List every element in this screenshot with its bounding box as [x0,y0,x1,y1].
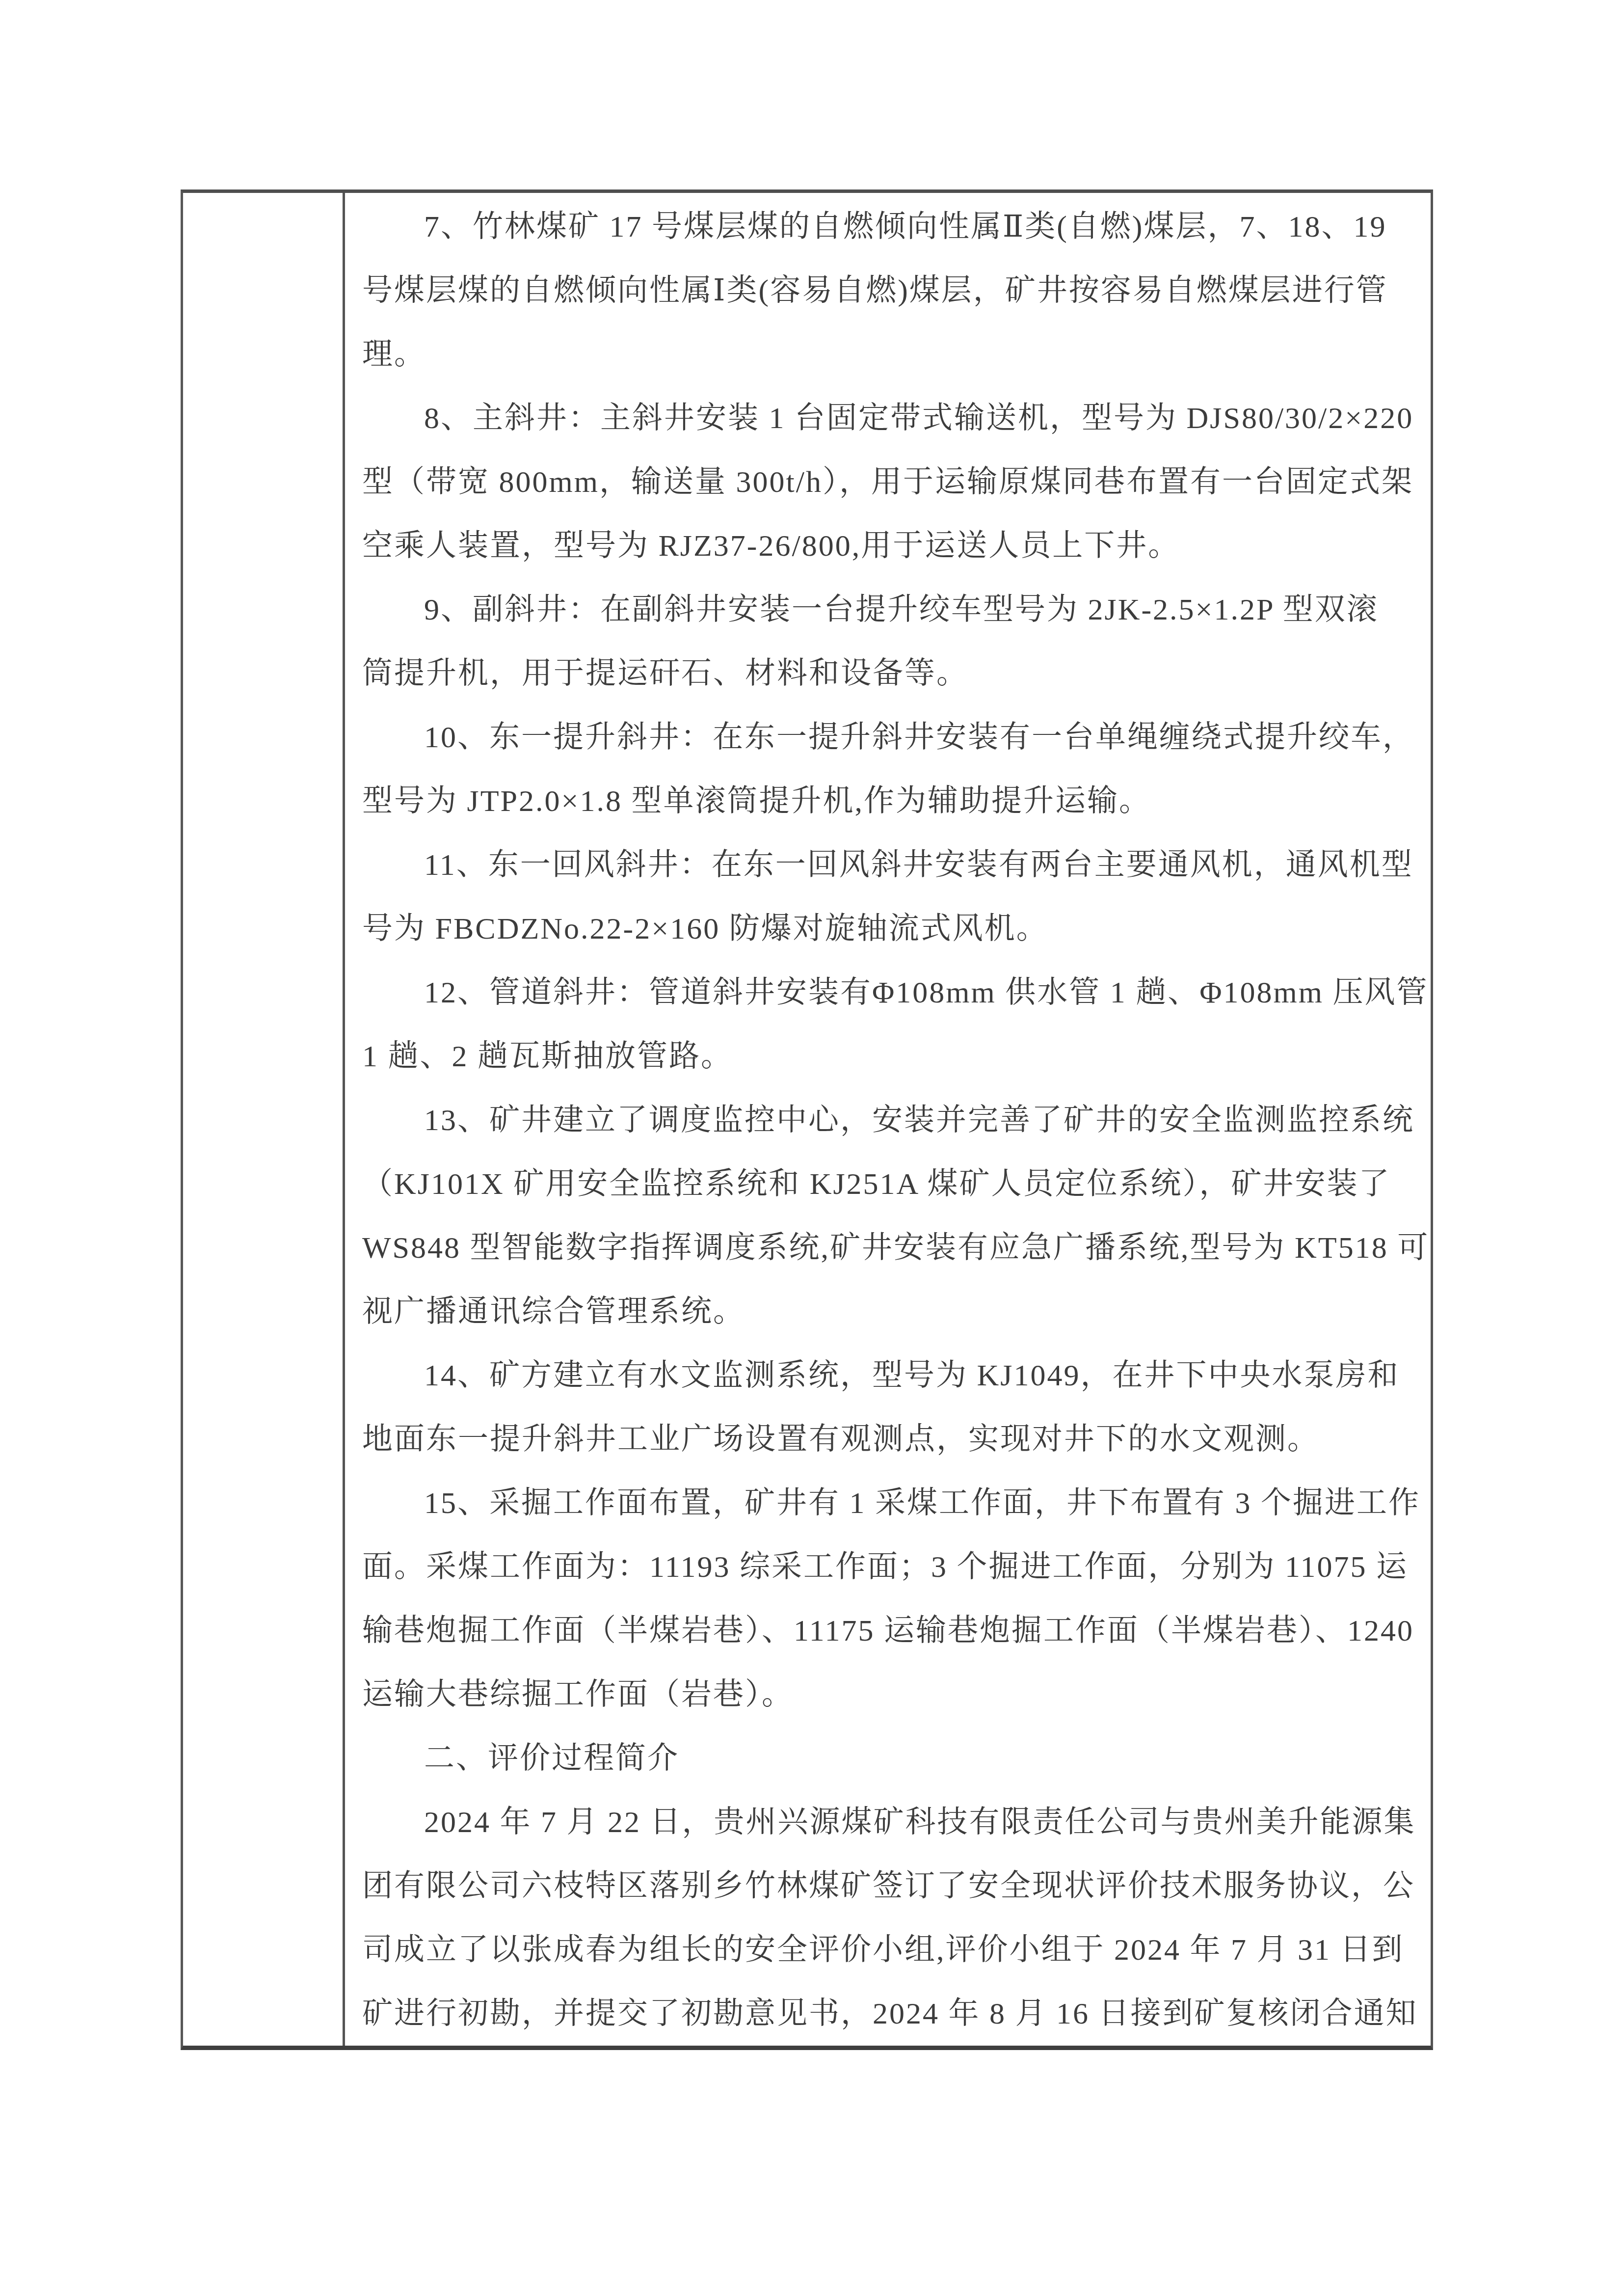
text-line: 14、矿方建立有水文监测系统，型号为 KJ1049，在井下中央水泵房和 [362,1344,1418,1407]
text-line: 视广播通讯综合管理系统。 [362,1280,1418,1344]
text-line: 10、东一提升斜井：在东一提升斜井安装有一台单绳缠绕式提升绞车， [362,705,1418,769]
text-line: 型号为 JTP2.0×1.8 型单滚筒提升机,作为辅助提升运输。 [362,769,1418,833]
text-line: 筒提升机，用于提运矸石、材料和设备等。 [362,642,1418,705]
text-line: 团有限公司六枝特区落别乡竹林煤矿签订了安全现状评价技术服务协议，公 [362,1854,1418,1918]
text-line: WS848 型智能数字指挥调度系统,矿井安装有应急广播系统,型号为 KT518 … [362,1216,1418,1280]
text-line: 15、采掘工作面布置，矿井有 1 采煤工作面，井下布置有 3 个掘进工作 [362,1471,1418,1535]
text-line: 12、管道斜井：管道斜井安装有Φ108mm 供水管 1 趟、Φ108mm 压风管 [362,961,1418,1025]
text-line: 1 趟、2 趟瓦斯抽放管路。 [362,1025,1418,1088]
table-content-cell: 7、竹林煤矿 17 号煤层煤的自燃倾向性属Ⅱ类(自燃)煤层，7、18、19 号煤… [347,193,1431,2046]
scanned-document-page: { "style": { "background": "#ffffff", "t… [0,0,1623,2296]
text-line: 11、东一回风斜井：在东一回风斜井安装有两台主要通风机，通风机型 [362,833,1418,897]
text-line: 理。 [362,323,1418,386]
text-line: 2024 年 7 月 22 日，贵州兴源煤矿科技有限责任公司与贵州美升能源集 [362,1790,1418,1854]
text-line: 13、矿井建立了调度监控中心，安装并完善了矿井的安全监测监控系统 [362,1088,1418,1152]
text-line: 9、副斜井：在副斜井安装一台提升绞车型号为 2JK-2.5×1.2P 型双滚 [362,578,1418,642]
section-heading: 二、评价过程简介 [362,1727,1418,1790]
text-line: 8、主斜井：主斜井安装 1 台固定带式输送机，型号为 DJS80/30/2×22… [362,386,1418,450]
text-line: 司成立了以张成春为组长的安全评价小组,评价小组于 2024 年 7 月 31 日… [362,1918,1418,1982]
text-line: 地面东一提升斜井工业广场设置有观测点，实现对井下的水文观测。 [362,1407,1418,1471]
text-line: 输巷炮掘工作面（半煤岩巷）、11175 运输巷炮掘工作面（半煤岩巷）、1240 [362,1599,1418,1663]
text-line: 号为 FBCDZNo.22-2×160 防爆对旋轴流式风机。 [362,897,1418,961]
table-left-column-cell [183,193,345,2046]
document-table: 7、竹林煤矿 17 号煤层煤的自燃倾向性属Ⅱ类(自燃)煤层，7、18、19 号煤… [181,189,1433,2050]
text-line: 矿进行初勘，并提交了初勘意见书，2024 年 8 月 16 日接到矿复核闭合通知 [362,1982,1418,2046]
text-line: 运输大巷综掘工作面（岩巷）。 [362,1663,1418,1727]
text-line: 空乘人装置，型号为 RJZ37-26/800,用于运送人员上下井。 [362,514,1418,578]
text-line: 面。采煤工作面为：11193 综采工作面；3 个掘进工作面，分别为 11075 … [362,1535,1418,1599]
text-line: 型（带宽 800mm，输送量 300t/h），用于运输原煤同巷布置有一台固定式架 [362,450,1418,514]
text-line: 号煤层煤的自燃倾向性属Ⅰ类(容易自燃)煤层，矿井按容易自燃煤层进行管 [362,259,1418,323]
text-line: （KJ101X 矿用安全监控系统和 KJ251A 煤矿人员定位系统），矿井安装了 [362,1152,1418,1216]
text-line: 7、竹林煤矿 17 号煤层煤的自燃倾向性属Ⅱ类(自燃)煤层，7、18、19 [362,195,1418,259]
